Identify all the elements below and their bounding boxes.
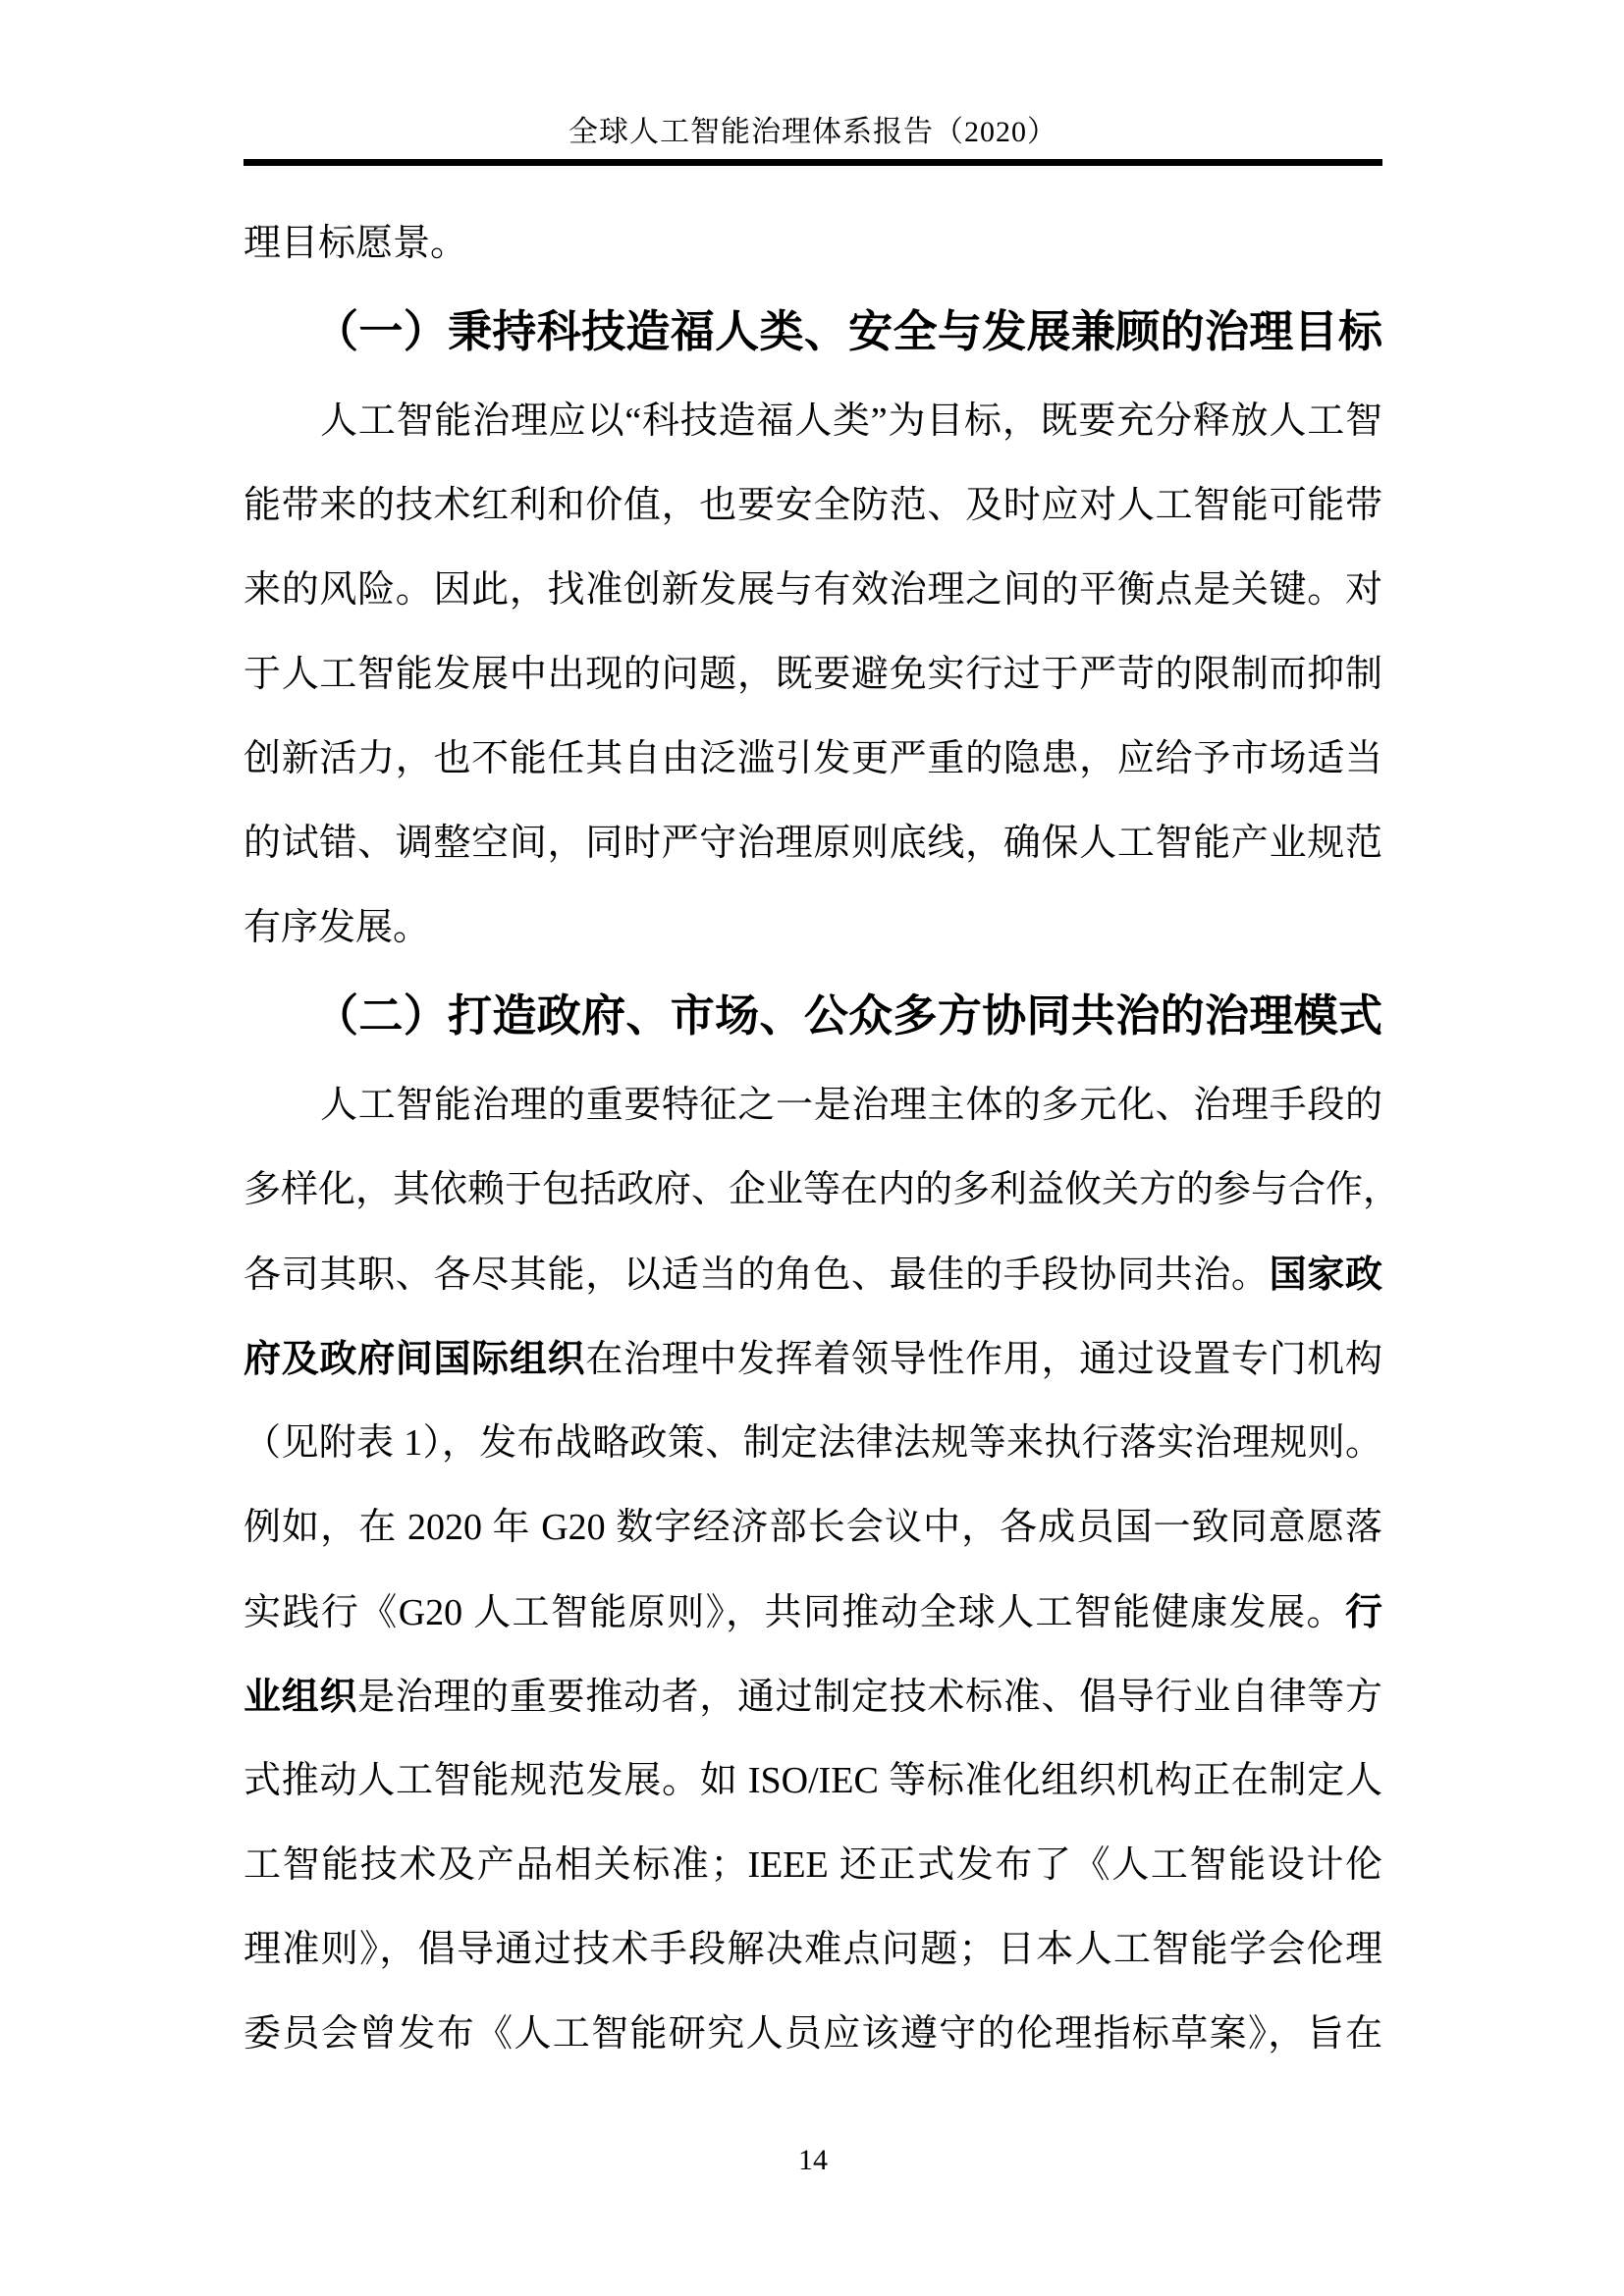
text-line: 实践行《G20 人工智能原则》，共同推动全球人工智能健康发展。行 [244,1570,1382,1654]
body-text: 例如，在 2020 年 G20 数字经济部长会议中，各成员国一致同意愿落 [244,1507,1382,1548]
section-heading-two: （二）打造政府、市场、公众多方协同共治的治理模式 [244,985,1382,1047]
body-text: 创新活力，也不能任其自由泛滥引发更严重的隐患，应给予市场适当 [244,738,1382,779]
body-text: 实践行《G20 人工智能原则》，共同推动全球人工智能健康发展。 [244,1592,1345,1633]
page-footer: 14 [244,2141,1382,2180]
body-text: 能带来的技术红利和价值，也要安全防范、及时应对人工智能可能带 [244,485,1382,526]
text-line: 委员会曾发布《人工智能研究人员应该遵守的伦理指标草案》，旨在 [244,1992,1382,2076]
text-line: 业组织是治理的重要推动者，通过制定技术标准、倡导行业自律等方 [244,1654,1382,1738]
section-heading-one: （一）秉持科技造福人类、安全与发展兼顾的治理目标 [244,300,1382,363]
page-number: 14 [798,2141,828,2180]
text-line: 的试错、调整空间，同时严守治理原则底线，确保人工智能产业规范 [244,801,1382,885]
body-text: 于人工智能发展中出现的问题，既要避免实行过于严苛的限制而抑制 [244,654,1382,695]
text-line: 各司其职、各尽其能，以适当的角色、最佳的手段协同共治。国家政 [244,1232,1382,1316]
bold-emphasis-text: 行 [1345,1590,1382,1633]
body-text: 来的风险。因此，找准创新发展与有效治理之间的平衡点是关键。对 [244,569,1382,611]
body-text: 有序发展。 [244,907,430,948]
page-content: 全球人工智能治理体系报告（2020） 理目标愿景。 （一）秉持科技造福人类、安全… [244,0,1382,2180]
text-line: 例如，在 2020 年 G20 数字经济部长会议中，各成员国一致同意愿落 [244,1485,1382,1570]
text-line: 理准则》，倡导通过技术手段解决难点问题；日本人工智能学会伦理 [244,1907,1382,1992]
text-line: 于人工智能发展中出现的问题，既要避免实行过于严苛的限制而抑制 [244,632,1382,717]
bold-emphasis-text: 业组织 [244,1675,357,1718]
text-line: 工智能技术及产品相关标准；IEEE 还正式发布了《人工智能设计伦 [244,1823,1382,1907]
text-line: 创新活力，也不能任其自由泛滥引发更严重的隐患，应给予市场适当 [244,717,1382,801]
running-head-title: 全球人工智能治理体系报告（2020） [244,114,1382,151]
body-text: 在治理中发挥着领导性作用，通过设置专门机构 [585,1339,1382,1380]
header-rule [244,159,1382,166]
body-text: 的试错、调整空间，同时严守治理原则底线，确保人工智能产业规范 [244,823,1382,864]
text-line: 多样化，其依赖于包括政府、企业等在内的多利益攸关方的参与合作， [244,1148,1382,1232]
text-line: 理目标愿景。 [244,201,1382,286]
body-text: 各司其职、各尽其能，以适当的角色、最佳的手段协同共治。 [244,1255,1270,1296]
paragraph-one: 人工智能治理应以“科技造福人类”为目标，既要充分释放人工智能带来的技术红利和价值… [244,379,1382,970]
body-text: 理准则》，倡导通过技术手段解决难点问题；日本人工智能学会伦理 [244,1929,1382,1970]
body-text: 人工智能治理的重要特征之一是治理主体的多元化、治理手段的 [320,1085,1382,1126]
text-line: 人工智能治理应以“科技造福人类”为目标，既要充分释放人工智 [244,379,1382,463]
text-line: 来的风险。因此，找准创新发展与有效治理之间的平衡点是关键。对 [244,548,1382,632]
body-text: 是治理的重要推动者，通过制定技术标准、倡导行业自律等方 [357,1677,1382,1718]
bold-emphasis-text: 国家政 [1270,1253,1382,1296]
text-line: 能带来的技术红利和价值，也要安全防范、及时应对人工智能可能带 [244,463,1382,548]
text-line: 人工智能治理的重要特征之一是治理主体的多元化、治理手段的 [244,1063,1382,1148]
page-header: 全球人工智能治理体系报告（2020） [244,0,1382,166]
body-text: 式推动人工智能规范发展。如 ISO/IEC 等标准化组织机构正在制定人 [244,1760,1382,1801]
body-text: 多样化，其依赖于包括政府、企业等在内的多利益攸关方的参与合作， [244,1169,1400,1210]
body-text: 工智能技术及产品相关标准；IEEE 还正式发布了《人工智能设计伦 [244,1844,1382,1886]
body-text: 理目标愿景。 [244,223,467,264]
body-text: 人工智能治理应以“科技造福人类”为目标，既要充分释放人工智 [320,400,1382,442]
body-text: 委员会曾发布《人工智能研究人员应该遵守的伦理指标草案》，旨在 [244,2013,1382,2055]
bold-emphasis-text: 府及政府间国际组织 [244,1337,585,1380]
continuation-paragraph: 理目标愿景。 [244,201,1382,286]
text-line: 有序发展。 [244,885,1382,970]
paragraph-two: 人工智能治理的重要特征之一是治理主体的多元化、治理手段的多样化，其依赖于包括政府… [244,1063,1382,2076]
text-line: （见附表 1），发布战略政策、制定法律法规等来执行落实治理规则。 [244,1401,1382,1485]
body-text: （见附表 1），发布战略政策、制定法律法规等来执行落实治理规则。 [244,1422,1382,1464]
document-page: 全球人工智能治理体系报告（2020） 理目标愿景。 （一）秉持科技造福人类、安全… [0,0,1624,2296]
text-line: 式推动人工智能规范发展。如 ISO/IEC 等标准化组织机构正在制定人 [244,1738,1382,1823]
text-line: 府及政府间国际组织在治理中发挥着领导性作用，通过设置专门机构 [244,1316,1382,1401]
